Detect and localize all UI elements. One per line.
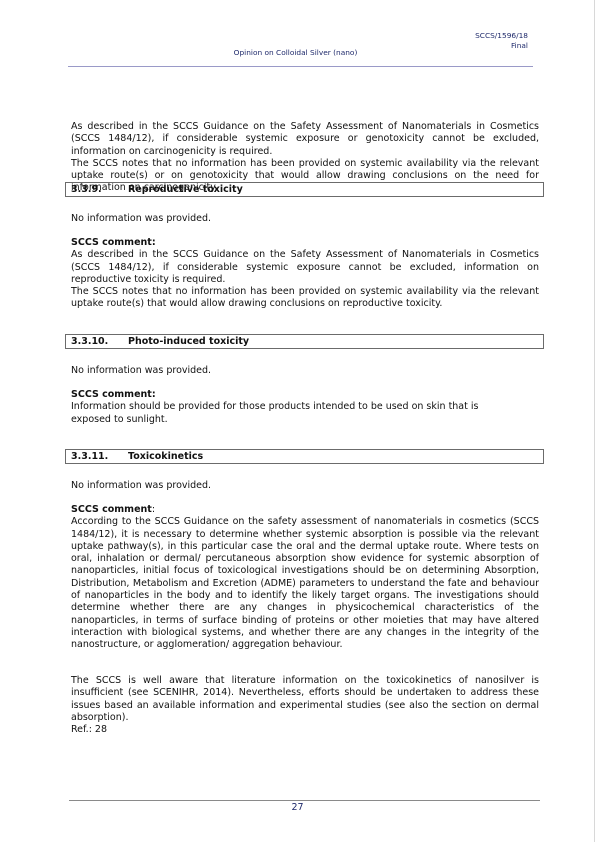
finding-text: No information was provided. <box>71 213 539 225</box>
comment-paragraph: According to the SCCS Guidance on the sa… <box>71 516 539 651</box>
page-number: 27 <box>0 802 595 813</box>
section-number: 3.3.10. <box>71 335 108 348</box>
comment-label: SCCS comment: <box>71 504 539 516</box>
comment-block: SCCS comment: As described in the SCCS G… <box>71 237 539 311</box>
section-title: Toxicokinetics <box>128 450 203 463</box>
header-rule <box>68 66 533 67</box>
section-body: No information was provided. <box>71 480 539 492</box>
comment-paragraph: The SCCS is well aware that literature i… <box>71 675 539 724</box>
comment-block: SCCS comment: Information should be prov… <box>71 389 539 426</box>
section-body: No information was provided. <box>71 213 539 225</box>
comment-paragraph: As described in the SCCS Guidance on the… <box>71 249 539 286</box>
comment-paragraph: The SCCS notes that no information has b… <box>71 286 539 311</box>
section-number: 3.3.11. <box>71 450 108 463</box>
section-heading-toxicokinetics: 3.3.11. Toxicokinetics <box>65 449 544 464</box>
comment-label: SCCS comment: <box>71 389 539 401</box>
running-header-title: Opinion on Colloidal Silver (nano) <box>0 48 595 57</box>
comment-paragraph: Information should be provided for those… <box>71 401 511 426</box>
finding-text: No information was provided. <box>71 480 539 492</box>
section-heading-reproductive-toxicity: 3.3.9. Reproductive toxicity <box>65 182 544 197</box>
comment-block: SCCS comment: According to the SCCS Guid… <box>71 504 539 652</box>
comment-label: SCCS comment: <box>71 237 539 249</box>
section-number: 3.3.9. <box>71 183 102 196</box>
reference: Ref.: 28 <box>71 724 539 736</box>
intro-paragraph: As described in the SCCS Guidance on the… <box>71 121 539 158</box>
doc-code: SCCS/1596/18 <box>475 31 528 41</box>
section-body: No information was provided. <box>71 365 539 377</box>
section-title: Photo-induced toxicity <box>128 335 249 348</box>
footer-rule <box>69 800 540 801</box>
comment-block: The SCCS is well aware that literature i… <box>71 675 539 736</box>
finding-text: No information was provided. <box>71 365 539 377</box>
section-heading-photo-induced-toxicity: 3.3.10. Photo-induced toxicity <box>65 334 544 349</box>
section-title: Reproductive toxicity <box>128 183 243 196</box>
